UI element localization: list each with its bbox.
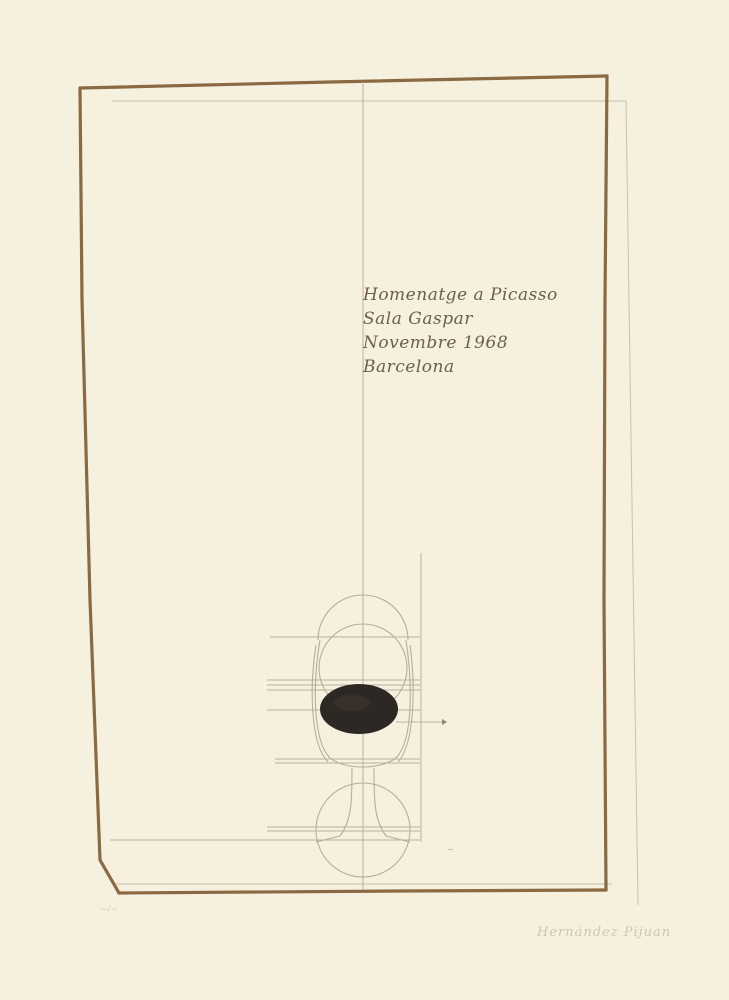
artwork-sheet: Homenatge a Picasso Sala Gaspar Novembre…: [0, 0, 729, 1000]
artist-signature: Hernández Pijuan: [537, 925, 671, 940]
handwritten-inscription: Homenatge a Picasso Sala Gaspar Novembre…: [363, 283, 558, 379]
inscription-line: Sala Gaspar: [363, 307, 558, 331]
inscription-line: Barcelona: [363, 355, 558, 379]
brown-frame: [80, 76, 607, 893]
initials-mark: ~: [447, 845, 454, 854]
inscription-line: Novembre 1968: [363, 331, 558, 355]
edition-number: ~/~: [100, 905, 118, 915]
drawing: [0, 0, 729, 1000]
inscription-line: Homenatge a Picasso: [363, 283, 558, 307]
pencil-guides: [110, 82, 447, 890]
